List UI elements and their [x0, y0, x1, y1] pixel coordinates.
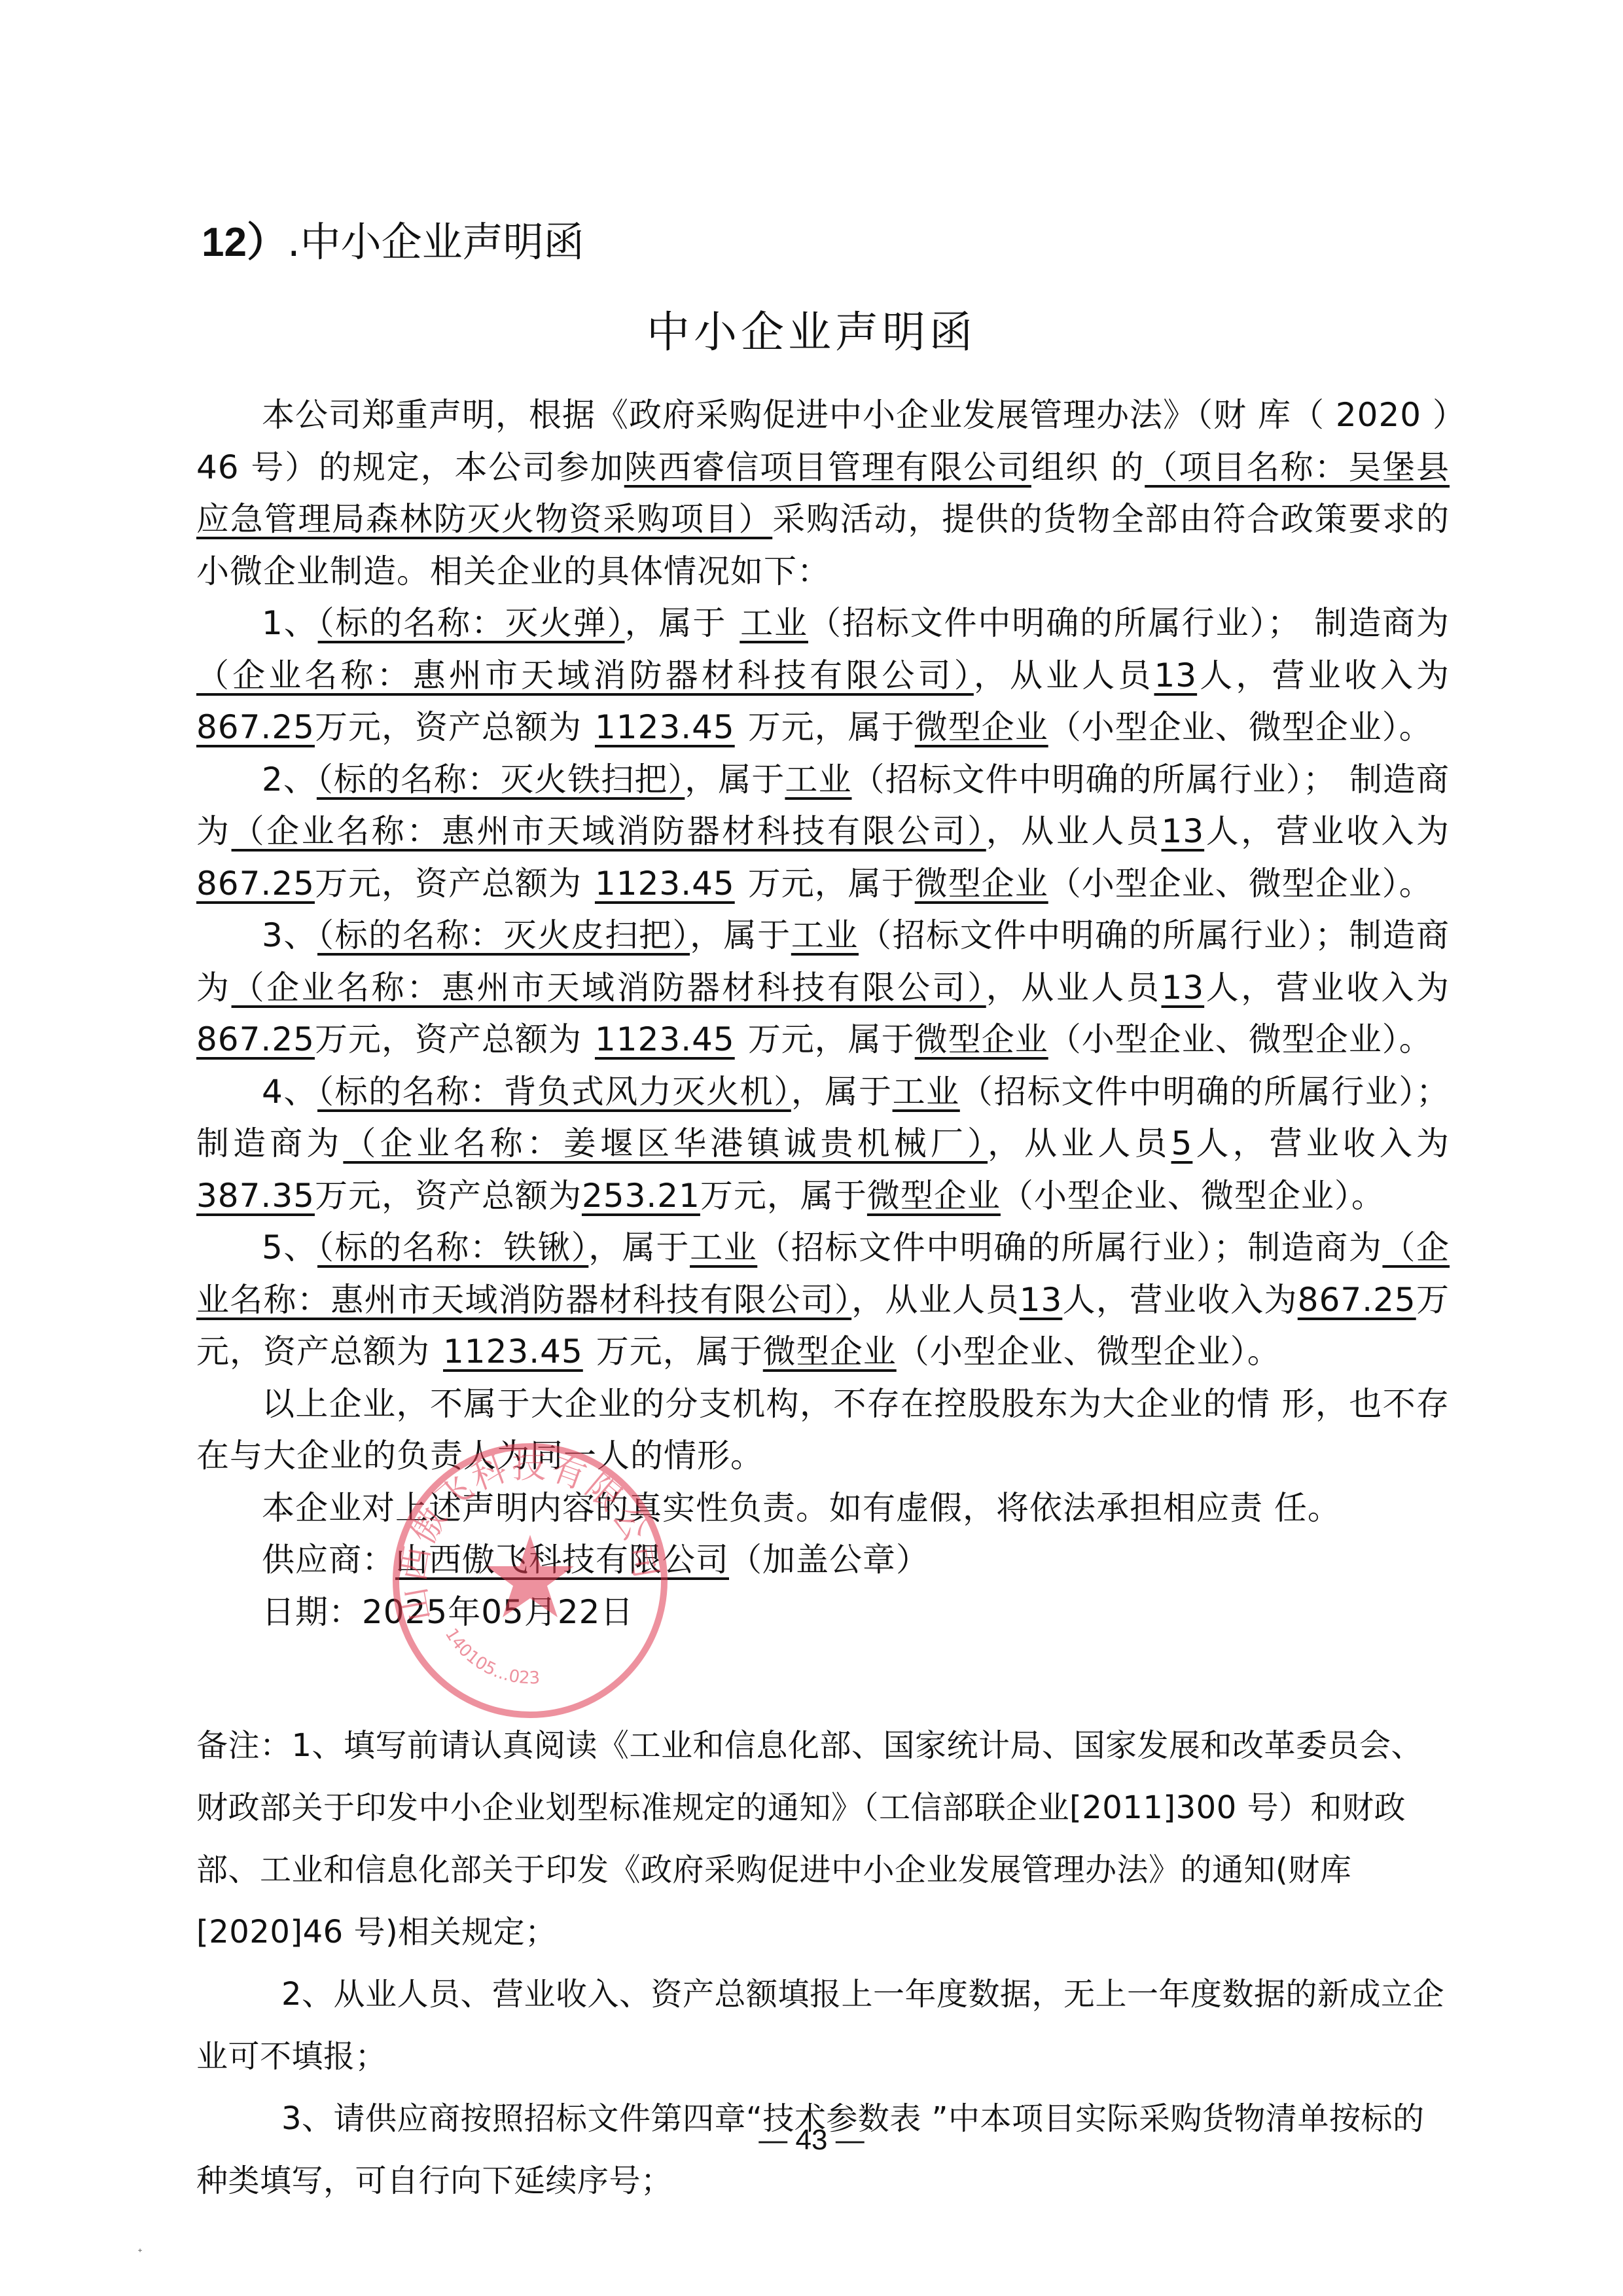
label: ，属于: [588, 1229, 690, 1266]
item-entry: 5、（标的名称：铁锹），属于工业（招标文件中明确的所属行业）；制造商为（企业名称…: [196, 1222, 1450, 1378]
label: 万元，资产总额为: [315, 865, 582, 903]
label: 制造商为: [1313, 604, 1450, 642]
item-assets: 253.21: [582, 1177, 700, 1215]
item-entry: 3、（标的名称：灭火皮扫把），属于工业（招标文件中明确的所属行业）；制造商为（企…: [196, 910, 1450, 1066]
item-company: （企业名称：惠州市天域消防器材科技有限公司）: [196, 656, 974, 694]
label: 万元，属于: [596, 1333, 763, 1371]
label: 人，营业收入为: [1204, 812, 1450, 850]
label: 万元，属于: [748, 708, 915, 746]
supplier-line: 供应商：山西傲飞科技有限公司（加盖公章）: [196, 1534, 1450, 1587]
label: （招标文件中明确的所属行业）；: [859, 916, 1348, 954]
item-assets: 1123.45: [443, 1333, 583, 1371]
label: （招标文件中明确的所属行业）；: [757, 1229, 1247, 1266]
scan-artifact: ᐩ: [137, 2245, 143, 2261]
label: 万元，资产总额为: [315, 1020, 582, 1058]
item-company: （企业名称：惠州市天域消防器材科技有限公司）: [232, 969, 986, 1007]
label: ，属于: [685, 761, 785, 798]
date-label: 日期：: [262, 1593, 362, 1631]
item-size: 微型企业: [915, 865, 1048, 903]
label: （招标文件中明确的所属行业）；: [960, 1073, 1450, 1111]
item-assets: 1123.45: [595, 865, 735, 903]
item-industry: 工业: [785, 761, 851, 798]
item-subject: （标的名称：背负式风力灭火机）: [317, 1073, 791, 1111]
item-size: 微型企业: [867, 1177, 1001, 1215]
item-index: 4、: [262, 1073, 317, 1111]
item-size: 微型企业: [915, 708, 1048, 746]
label: （招标文件中明确的所属行业）；: [851, 761, 1336, 798]
item-index: 2、: [262, 761, 317, 798]
item-industry: 工业: [740, 604, 808, 642]
section-title: .中小企业声明函: [287, 218, 584, 266]
item-company: （企业名称：惠州市天域消防器材科技有限公司）: [232, 812, 986, 850]
label: 万元，属于: [748, 1020, 915, 1058]
item-subject: （标的名称：铁锹）: [317, 1229, 588, 1266]
label: 制造商为: [1247, 1229, 1383, 1266]
label: 人，营业收入为: [1204, 969, 1450, 1007]
supplier-label: 供应商：: [262, 1541, 395, 1579]
label: （小型企业、微型企业）。: [1001, 1177, 1385, 1215]
item-employees: 13: [1162, 812, 1205, 850]
item-revenue: 867.25: [196, 865, 315, 903]
label: （小型企业、微型企业）。: [1048, 708, 1433, 746]
item-subject: （标的名称：灭火弹）: [318, 604, 625, 642]
label: （小型企业、微型企业）。: [1048, 1020, 1433, 1058]
label: ，从业人员: [988, 1124, 1171, 1162]
label: （小型企业、微型企业）。: [1048, 865, 1433, 903]
remark-1: 备注：1、填写前请认真阅读《工业和信息化部、国家统计局、国家发展和改革委员会、财…: [196, 1715, 1450, 1964]
item-entry: 4、（标的名称：背负式风力灭火机），属于工业（招标文件中明确的所属行业）；制造商…: [196, 1066, 1450, 1223]
item-revenue: 867.25: [1298, 1281, 1416, 1319]
label: 人，营业收入为: [1197, 656, 1450, 694]
label: 万元，资产总额为: [315, 708, 582, 746]
item-index: 1、: [262, 604, 318, 642]
item-employees: 13: [1020, 1281, 1063, 1319]
item-industry: 工业: [690, 1229, 757, 1266]
item-assets: 1123.45: [595, 1020, 735, 1058]
item-revenue: 867.25: [196, 1020, 315, 1058]
label: 万元，资产总额为: [315, 1177, 582, 1215]
item-size: 微型企业: [763, 1333, 897, 1371]
item-index: 3、: [262, 916, 317, 954]
declaration-body: 本公司郑重声明，根据《政府采购促进中小企业发展管理办法》（财 库（ 2020 ）…: [196, 389, 1450, 1638]
document-title: 中小企业声明函: [0, 300, 1623, 365]
item-entry: 1、（标的名称：灭火弹），属于工业（招标文件中明确的所属行业）；制造商为（企业名…: [196, 598, 1450, 754]
seal-note: （加盖公章）: [729, 1541, 929, 1579]
item-company: （企业名称：姜堰区华港镇诚贵机械厂）: [343, 1124, 988, 1162]
label: 人，营业收入为: [1192, 1124, 1450, 1162]
label: ，从业人员: [986, 812, 1162, 850]
label: 制造商为: [196, 1124, 343, 1162]
item-index: 5、: [262, 1229, 317, 1266]
procurement-agency: 陕西睿信项目管理有限公司: [624, 448, 1031, 486]
item-employees: 13: [1162, 969, 1205, 1007]
item-subject: （标的名称：灭火铁扫把）: [317, 761, 685, 798]
item-assets: 1123.45: [595, 708, 735, 746]
label: ，属于: [690, 916, 791, 954]
label: 万元，属于: [700, 1177, 867, 1215]
page-number: — 43 —: [0, 2124, 1623, 2157]
label: ，从业人员: [986, 969, 1162, 1007]
truthfulness-statement: 本企业对上述声明内容的真实性负责。如有虚假，将依法承担相应责 任。: [196, 1482, 1450, 1535]
label: ，从业人员: [974, 656, 1154, 694]
label: （小型企业、微型企业）。: [897, 1333, 1281, 1371]
item-revenue: 867.25: [196, 708, 315, 746]
date-value: 2025年05月22日: [362, 1593, 634, 1631]
non-affiliation-statement: 以上企业，不属于大企业的分支机构，不存在控股股东为大企业的情 形，也不存在与大企…: [196, 1378, 1450, 1482]
item-industry: 工业: [791, 916, 859, 954]
item-entry: 2、（标的名称：灭火铁扫把），属于工业（招标文件中明确的所属行业）；制造商为（企…: [196, 754, 1450, 910]
section-number: 12）: [202, 220, 287, 265]
item-employees: 5: [1171, 1124, 1193, 1162]
item-size: 微型企业: [915, 1020, 1048, 1058]
item-revenue: 387.35: [196, 1177, 315, 1215]
document-page: 12）.中小企业声明函 中小企业声明函 本公司郑重声明，根据《政府采购促进中小企…: [0, 0, 1623, 2296]
remark-2: 2、从业人员、营业收入、资产总额填报上一年度数据，无上一年度数据的新成立企业可不…: [196, 1964, 1450, 2088]
label: ，从业人员: [851, 1281, 1020, 1319]
label: 万元，属于: [748, 865, 915, 903]
item-industry: 工业: [893, 1073, 960, 1111]
label: 人，营业收入为: [1062, 1281, 1297, 1319]
date-line: 日期：2025年05月22日: [196, 1587, 1450, 1639]
item-employees: 13: [1154, 656, 1198, 694]
label: ，属于: [791, 1073, 893, 1111]
item-subject: （标的名称：灭火皮扫把）: [317, 916, 690, 954]
section-heading: 12）.中小企业声明函: [202, 213, 584, 272]
label: ，属于: [625, 604, 727, 642]
intro-text-2: 组织 的: [1031, 448, 1145, 486]
supplier-name: 山西傲飞科技有限公司: [395, 1541, 729, 1579]
label: （招标文件中明确的所属行业）；: [808, 604, 1301, 642]
intro-paragraph: 本公司郑重声明，根据《政府采购促进中小企业发展管理办法》（财 库（ 2020 ）…: [196, 389, 1450, 598]
